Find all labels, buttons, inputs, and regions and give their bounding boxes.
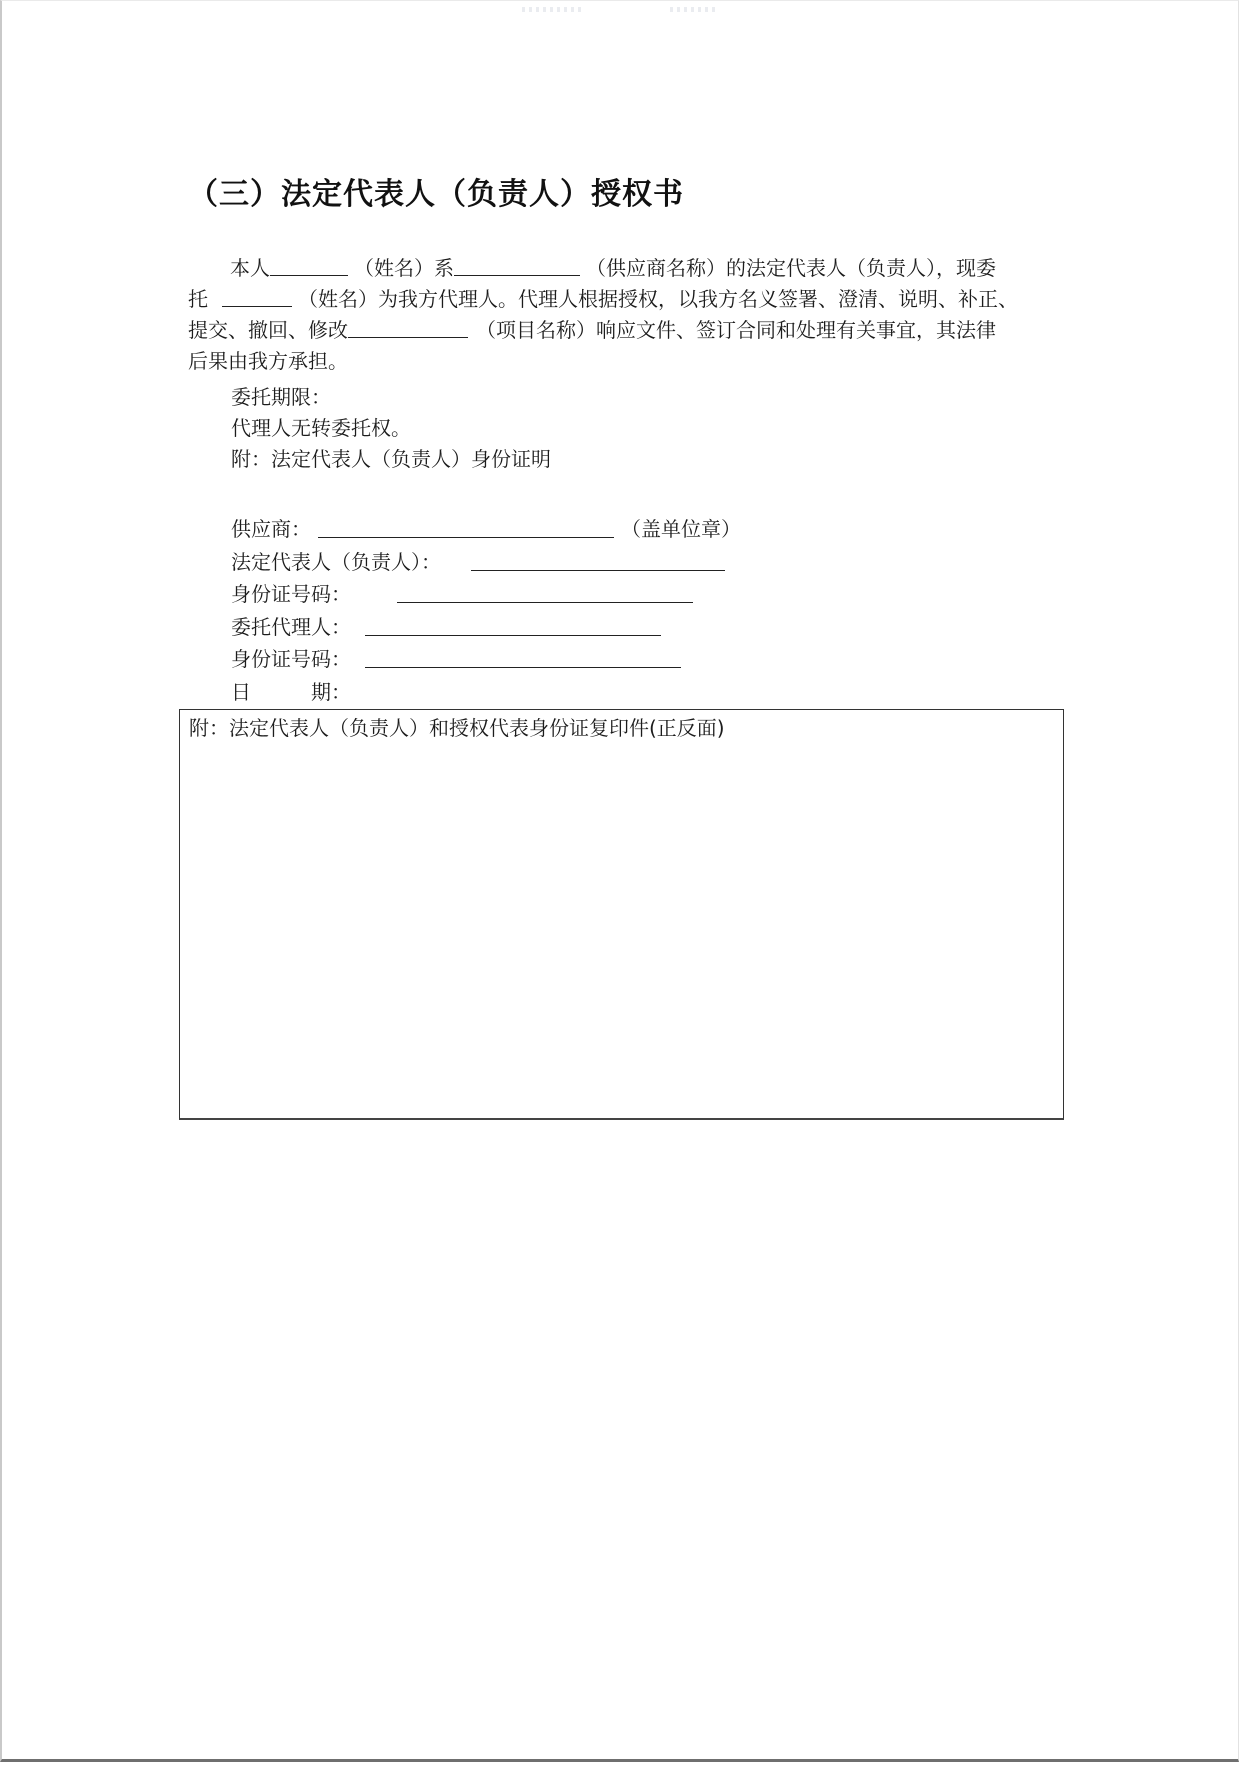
- text-segment: （姓名）为我方代理人。代理人根据授权，以我方名义签署、澄清、说明、补正、: [298, 284, 1018, 315]
- notes-block: 委托期限： 代理人无转委托权。 附：法定代表人（负责人）身份证明: [231, 382, 551, 475]
- field-label: 身份证号码：: [231, 643, 351, 676]
- company-seal-note: （盖单位章）: [621, 513, 741, 546]
- paragraph-line-2: 托 （姓名）为我方代理人。代理人根据授权，以我方名义签署、澄清、说明、补正、: [188, 284, 1054, 315]
- no-sub-delegation-note: 代理人无转委托权。: [231, 413, 551, 444]
- agent-id-input-line[interactable]: [365, 643, 681, 668]
- supplier-name-blank[interactable]: [454, 253, 580, 276]
- paragraph-line-3: 提交、撤回、修改 （项目名称）响应文件、签订合同和处理有关事宜，其法律: [188, 315, 1054, 346]
- field-label: 供应商：: [231, 513, 311, 546]
- field-label: 法定代表人（负责人）：: [231, 546, 441, 579]
- legal-rep-id-input-line[interactable]: [397, 578, 693, 603]
- supplier-input-line[interactable]: [318, 513, 614, 538]
- attachment-box-label: 附：法定代表人（负责人）和授权代表身份证复印件(正反面): [189, 714, 725, 742]
- text-segment: （供应商名称）的法定代表人（负责人），现委: [586, 253, 996, 284]
- agent-name-blank[interactable]: [222, 284, 292, 307]
- scan-artifact: [670, 7, 718, 12]
- attachment-note: 附：法定代表人（负责人）身份证明: [231, 444, 551, 475]
- page-title: （三）法定代表人（负责人）授权书: [188, 169, 684, 213]
- legal-representative-input-line[interactable]: [471, 546, 725, 571]
- scan-artifact: [522, 7, 582, 12]
- text-segment: 提交、撤回、修改: [188, 315, 348, 346]
- field-label: 委托代理人：: [231, 611, 351, 644]
- field-label: 日 期：: [231, 676, 351, 709]
- document-page: （三）法定代表人（负责人）授权书 本人 （姓名）系 （供应商名称）的法定代表人（…: [0, 0, 1239, 1762]
- paragraph-line-4: 后果由我方承担。: [188, 346, 1054, 377]
- text-segment: （项目名称）响应文件、签订合同和处理有关事宜，其法律: [476, 315, 996, 346]
- id-copy-attachment-box: 附：法定代表人（负责人）和授权代表身份证复印件(正反面): [179, 709, 1064, 1120]
- authorization-paragraph: 本人 （姓名）系 （供应商名称）的法定代表人（负责人），现委 托 （姓名）为我方…: [188, 253, 1054, 377]
- authorized-agent-input-line[interactable]: [365, 611, 661, 636]
- entrustment-period: 委托期限：: [231, 382, 551, 413]
- principal-name-blank[interactable]: [270, 253, 348, 276]
- project-name-blank[interactable]: [348, 315, 468, 338]
- paragraph-line-1: 本人 （姓名）系 （供应商名称）的法定代表人（负责人），现委: [188, 253, 1054, 284]
- field-label: 身份证号码：: [231, 578, 351, 611]
- text-segment: 本人: [230, 253, 270, 284]
- text-segment: 后果由我方承担。: [188, 346, 348, 377]
- text-segment: 托: [188, 284, 208, 315]
- text-segment: （姓名）系: [354, 253, 454, 284]
